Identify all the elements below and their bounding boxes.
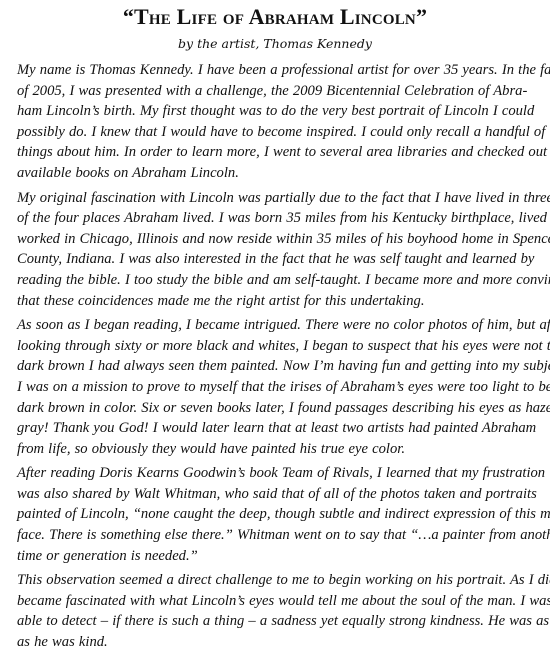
text-line: time or generation is needed.” bbox=[17, 546, 537, 567]
paragraph-fascination: My original fascination with Lincoln was… bbox=[17, 188, 537, 312]
text-line: I was on a mission to prove to myself th… bbox=[17, 377, 537, 398]
text-line: able to detect – if there is such a thin… bbox=[17, 611, 537, 632]
paragraph-intro: My name is Thomas Kennedy. I have been a… bbox=[17, 60, 537, 184]
text-line: possibly do. I knew that I would have to… bbox=[17, 122, 537, 143]
document-body: My name is Thomas Kennedy. I have been a… bbox=[17, 60, 537, 657]
text-line: ham Lincoln’s birth. My first thought wa… bbox=[17, 101, 537, 122]
text-line: My original fascination with Lincoln was… bbox=[17, 188, 537, 209]
text-line: face. There is something else there.” Wh… bbox=[17, 525, 537, 546]
text-line: of 2005, I was presented with a challeng… bbox=[17, 81, 537, 102]
text-line: My name is Thomas Kennedy. I have been a… bbox=[17, 60, 537, 81]
document-title: “The Life of Abraham Lincoln” bbox=[0, 4, 550, 30]
text-line: available books on Abraham Lincoln. bbox=[17, 163, 537, 184]
text-line: County, Indiana. I was also interested i… bbox=[17, 249, 537, 270]
text-line: that these coincidences made me the righ… bbox=[17, 291, 537, 312]
text-line: was also shared by Walt Whitman, who sai… bbox=[17, 484, 537, 505]
paragraph-eye-color: As soon as I began reading, I became int… bbox=[17, 315, 537, 459]
text-line: looking through sixty or more black and … bbox=[17, 336, 537, 357]
text-line: This observation seemed a direct challen… bbox=[17, 570, 537, 591]
text-line: painted of Lincoln, “none caught the dee… bbox=[17, 504, 537, 525]
paragraph-observation: This observation seemed a direct challen… bbox=[17, 570, 537, 652]
text-line: worked in Chicago, Illinois and now resi… bbox=[17, 229, 537, 250]
text-line: As soon as I began reading, I became int… bbox=[17, 315, 537, 336]
text-line: things about him. In order to learn more… bbox=[17, 142, 537, 163]
paragraph-whitman: After reading Doris Kearns Goodwin’s boo… bbox=[17, 463, 537, 566]
text-line: dark brown I had always seen them painte… bbox=[17, 356, 537, 377]
text-line: from life, so obviously they would have … bbox=[17, 439, 537, 460]
text-line: reading the bible. I too study the bible… bbox=[17, 270, 537, 291]
text-line: dark brown in color. Six or seven books … bbox=[17, 398, 537, 419]
text-line: of the four places Abraham lived. I was … bbox=[17, 208, 537, 229]
byline: by the artist, Thomas Kennedy bbox=[0, 35, 550, 53]
text-line: as he was kind. bbox=[17, 632, 537, 653]
text-line: gray! Thank you God! I would later learn… bbox=[17, 418, 537, 439]
text-line: After reading Doris Kearns Goodwin’s boo… bbox=[17, 463, 537, 484]
text-line: became fascinated with what Lincoln’s ey… bbox=[17, 591, 537, 612]
document-page: “The Life of Abraham Lincoln” by the art… bbox=[0, 0, 550, 659]
